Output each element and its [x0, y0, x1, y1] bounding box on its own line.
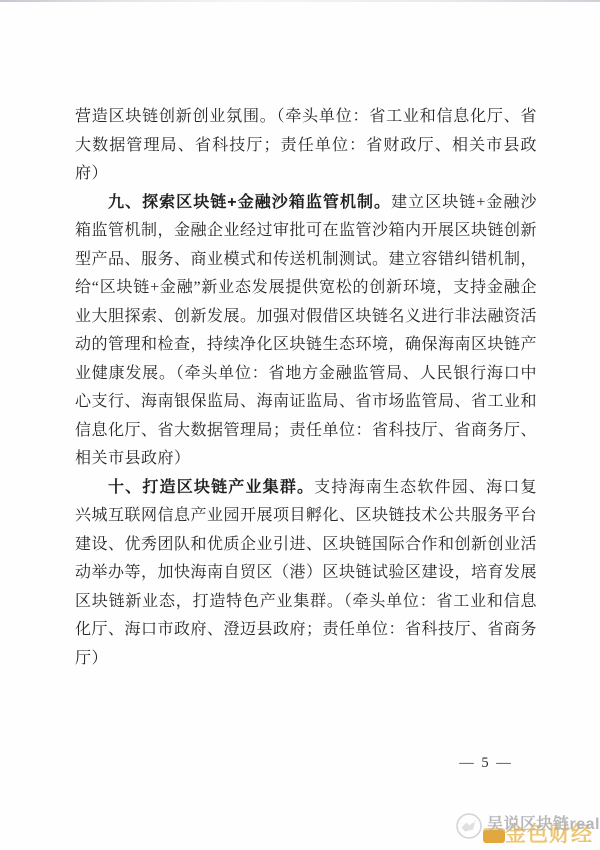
paragraph-item-9: 九、探索区块链+金融沙箱监管机制。建立区块链+金融沙箱监管机制，金融企业经过审批…: [75, 189, 537, 474]
paragraph-text: 支持海南生态软件园、海口复兴城互联网信息产业园开展项目孵化、区块链技术公共服务平…: [75, 479, 537, 667]
scan-edge-artifact: [0, 0, 600, 2]
paragraph-continuation: 营造区块链创新创业氛围。（牵头单位：省工业和信息化厅、省大数据管理局、省科技厅；…: [75, 103, 537, 189]
document-body: 营造区块链创新创业氛围。（牵头单位：省工业和信息化厅、省大数据管理局、省科技厅；…: [75, 103, 537, 673]
wu-blockchain-bird-logo-icon: [456, 813, 482, 839]
page-number: — 5 —: [446, 755, 526, 772]
wu-blockchain-watermark-text: 吴说区块链real: [487, 811, 600, 834]
paragraph-text: 营造区块链创新创业氛围。（牵头单位：省工业和信息化厅、省大数据管理局、省科技厅；…: [75, 108, 537, 182]
paragraph-text: 建立区块链+金融沙箱监管机制，金融企业经过审批可在监管沙箱内开展区块链创新型产品…: [75, 194, 537, 468]
paragraph-item-10: 十、打造区块链产业集群。支持海南生态软件园、海口复兴城互联网信息产业园开展项目孵…: [75, 474, 537, 674]
paragraph-heading-9: 九、探索区块链+金融沙箱监管机制。: [108, 194, 391, 211]
watermark: 金色财经 吴说区块链real: [435, 806, 600, 850]
document-page: 营造区块链创新创业氛围。（牵头单位：省工业和信息化厅、省大数据管理局、省科技厅；…: [0, 0, 600, 850]
paragraph-heading-10: 十、打造区块链产业集群。: [108, 479, 314, 496]
